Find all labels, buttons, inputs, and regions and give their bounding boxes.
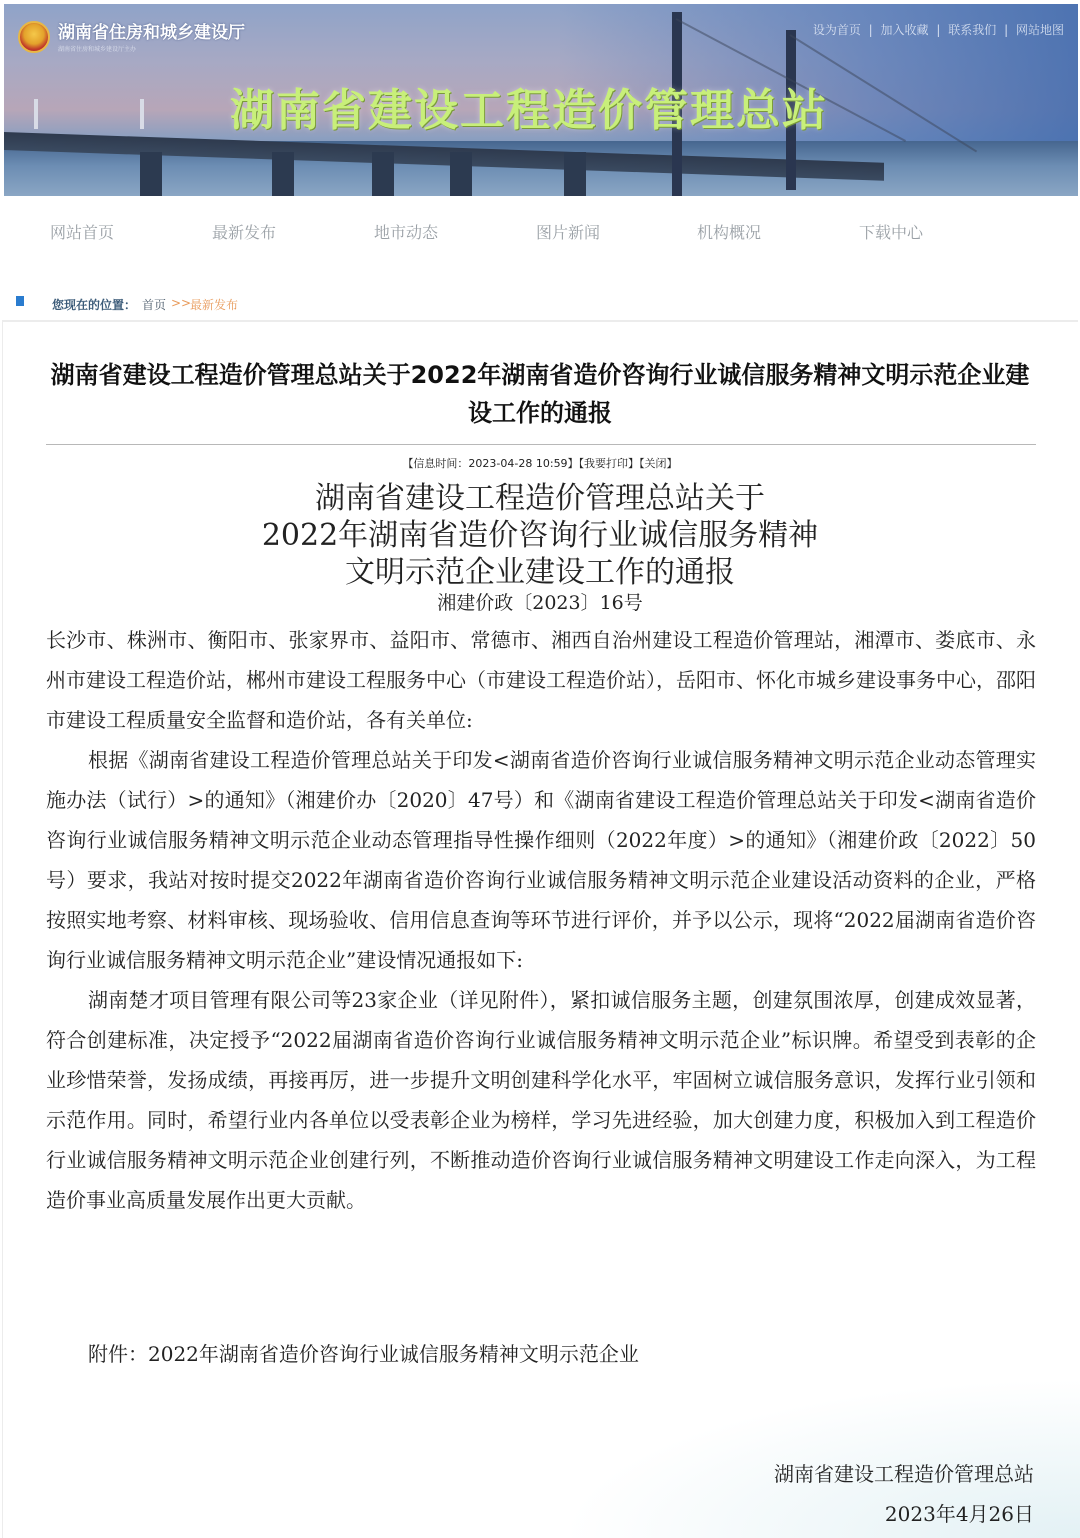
set-homepage-link[interactable]: 设为首页 (813, 23, 861, 37)
link-separator: | (869, 23, 873, 37)
breadcrumb-prefix: 您现在的位置： (52, 296, 136, 313)
document-title: 湖南省建设工程造价管理总站关于 2022年湖南省造价咨询行业诚信服务精神 文明示… (0, 480, 1080, 591)
document-number: 湘建价政〔2023〕16号 (0, 588, 1080, 615)
national-emblem-icon (18, 21, 50, 53)
nav-item-downloads[interactable]: 下载中心 (859, 220, 923, 243)
article-headline: 湖南省建设工程造价管理总站关于2022年湖南省造价咨询行业诚信服务精神文明示范企… (40, 356, 1040, 432)
article-meta: 【信息时间：2023-04-28 10:59】【我要打印】【关闭】 (0, 455, 1080, 471)
bridge-pier (140, 152, 162, 196)
bridge-pier (272, 152, 294, 196)
contact-us-link[interactable]: 联系我们 (948, 23, 996, 37)
link-separator: | (1004, 23, 1008, 37)
close-button[interactable]: 【关闭】 (639, 457, 678, 470)
ministry-name: 湖南省住房和城乡建设厅 (58, 18, 245, 43)
breadcrumb-separator: >> (171, 296, 191, 310)
document-title-line: 湖南省建设工程造价管理总站关于 (0, 480, 1080, 517)
site-map-link[interactable]: 网站地图 (1016, 23, 1064, 37)
nav-item-city-news[interactable]: 地市动态 (374, 220, 438, 243)
nav-item-home[interactable]: 网站首页 (50, 220, 114, 243)
bridge-pier (564, 152, 586, 196)
nav-item-latest[interactable]: 最新发布 (212, 220, 276, 243)
divider (46, 444, 1036, 445)
print-button[interactable]: 【我要打印】 (579, 457, 640, 470)
recipients: 长沙市、株洲市、衡阳市、张家界市、益阳市、常德市、湘西自治州建设工程造价管理站，… (46, 620, 1036, 740)
lamp-post (34, 99, 38, 129)
breadcrumb-home-link[interactable]: 首页 (142, 296, 166, 313)
top-links: 设为首页 | 加入收藏 | 联系我们 | 网站地图 (811, 21, 1066, 38)
link-separator: | (936, 23, 940, 37)
site-title: 湖南省建设工程造价管理总站 (230, 74, 828, 138)
publish-time: 【信息时间：2023-04-28 10:59】 (402, 457, 578, 470)
breadcrumb: 您现在的位置： 首页 >> 最新发布 (0, 292, 1080, 318)
document-title-line: 文明示范企业建设工作的通报 (0, 554, 1080, 591)
nav-item-photo-news[interactable]: 图片新闻 (536, 220, 600, 243)
bridge-pier (450, 152, 472, 196)
lamp-post (140, 99, 144, 129)
bridge-pier (372, 152, 394, 196)
nav-item-about[interactable]: 机构概况 (697, 220, 761, 243)
add-favorite-link[interactable]: 加入收藏 (881, 23, 929, 37)
main-nav: 网站首页 最新发布 地市动态 图片新闻 机构概况 下载中心 (0, 196, 1080, 264)
location-marker-icon (16, 296, 24, 306)
signature-organization: 湖南省建设工程造价管理总站 (774, 1458, 1034, 1487)
document-title-line: 2022年湖南省造价咨询行业诚信服务精神 (0, 517, 1080, 554)
breadcrumb-current-link[interactable]: 最新发布 (190, 296, 238, 313)
attachment-note: 附件：2022年湖南省造价咨询行业诚信服务精神文明示范企业 (88, 1338, 639, 1367)
site-banner: 湖南省住房和城乡建设厅 湖南省住房和城乡建设厅主办 湖南省建设工程造价管理总站 … (4, 4, 1078, 196)
ministry-subtitle: 湖南省住房和城乡建设厅主办 (58, 44, 136, 53)
document-body: 长沙市、株洲市、衡阳市、张家界市、益阳市、常德市、湘西自治州建设工程造价管理站，… (46, 620, 1036, 1220)
signature-date: 2023年4月26日 (885, 1498, 1034, 1527)
paragraph-decision: 湖南楚才项目管理有限公司等23家企业（详见附件），紧扣诚信服务主题，创建氛围浓厚… (46, 980, 1036, 1220)
paragraph-basis: 根据《湖南省建设工程造价管理总站关于印发<湖南省造价咨询行业诚信服务精神文明示范… (46, 740, 1036, 980)
